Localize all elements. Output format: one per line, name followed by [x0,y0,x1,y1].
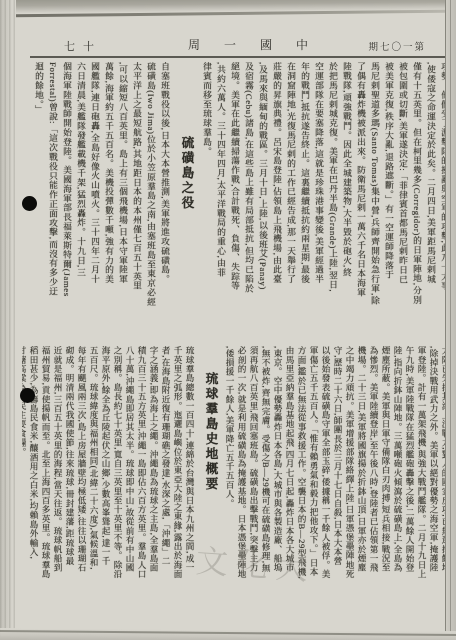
text-column: 守,歷時二十六日,師團長於三月十七日自殺,日本大本營 [332,346,344,630]
text-column: ,倭損援一千餘人,美軍降亡五千五百人。 [224,346,236,630]
text-column: 在洞窟陣地,光復馬尼剌的工作已經告成,那一天舉行了 [284,62,298,333]
text-column: 積九百三十五方英里,沖繩一島即佔六百方英里。羣島人口 [136,346,148,630]
text-column: 由馬里亞納羣島基地起飛,四月七日起,轟炸日本各大城市 [284,346,296,630]
page-number: 七十 [64,38,102,54]
text-column: 煙塵所蔽。美軍與日軍守備隊白刃肉搏,短兵相接,戰況至 [380,346,392,630]
section-title-ryukyu: 琉球羣島史地概要 [203,372,219,630]
text-column: Forrestal)曾說:「這次戰役只能作正面攻擊,而沒有多少迂 [46,62,60,333]
iwo-jima-battle-columns: 大隊已失掉其海上決戰力,對人的國家反攻,已無選擇餘地,除掉決戰用武力之外。美軍以… [224,346,452,630]
text-column: 五百尺。琉球緯度與福州相同(北緯二十六度),氣候溫和, [88,346,100,630]
text-column: 者,在海島附近復有珊瑚礁之發達,水深之處,「沖繩」二 [160,346,172,630]
text-column: 及宿霧(Cebu)諸島,在這些島上雖有局部抵抗,但均已陷於 [242,62,256,333]
text-column: 個海軍陸戰師開始登陸。美國海軍部長福萊斯特爾(James [60,62,74,333]
text-column: ,及馬來與緬甸的戰區。三月十日,上陸,以後班艾(Panay) [256,62,270,333]
top-text-block: 攻勢。他們受了游擊隊的擾亂與空軍的攻擊,此乃一大事,使倭寇之命運決定於此矣。二月… [34,62,452,333]
header-rule [30,56,452,58]
text-column: 自塞班戰役以後,日本大本營推測,美軍將進攻硫磺島。 [158,62,172,333]
text-column: 於把馬尼剌城克復。美軍在巴丹半島(Grande)上陸,翌日, [326,62,340,333]
text-column: 方面,鑑於已無法從事救援工作。空襲日本的B—29型飛機, [296,346,308,630]
philippines-article-columns: 攻勢。他們受了游擊隊的擾亂與空軍的攻擊,此乃一大事,使倭寇之命運決定於此矣。二月… [200,62,452,333]
text-column: 迴的餘地。」 [34,62,46,333]
text-column: 之別稱。島長約七十英里,寬自三英里至十英里不等。除沿 [112,346,124,630]
text-column: 馬尼剌聖道多瑪(Santo Tomas)集中營,兵師齊開始急行軍,除 [368,62,382,333]
text-column: 字之涵義,即為海上之繩。沖繩島為琉球之主島,全羣島面 [148,346,160,630]
text-column: 軍傷亡五千五百人。「惟有賴勇氣和毅力把他攻下。」日本 [308,346,320,630]
text-column: 陸戰隊,頑強戰鬥。因此全城建築物,大半毀於砲火,終 [340,62,354,333]
issue-number: 期七〇一第 [368,39,426,53]
text-column: 年的戰鬥,抵抗遂告終止。這裏繼續抵抗約兩星期,最後 [298,62,312,333]
text-column: 琉球羣島總數一百四十,連綿於台灣與日本九州之間,成一 [184,346,196,630]
text-column: 了偶有轟炸機被派出來。防衛馬尼剌一萬六千名日本海軍 [354,62,368,333]
scan-edge-left-binding [0,0,16,640]
text-column: 八十萬,沖繩島即居其太半。琉球即中山,故從前有中山國 [124,346,136,630]
text-column: 六日清晨,美艦隊發艦載機千架,猛烈轟炸。十九日,三 [74,62,88,333]
text-column: 之中竭力頑抗。美軍增援部隊絡繹上陸,日軍憑堡壘陣地死 [344,346,356,630]
section-title-iwo-jima: 硫磺島之役 [179,136,195,333]
text-column: 國艦隊,連日砲轟,全島好像火山噴火。三十四年二月十 [88,62,102,333]
text-column: 空運部隊在要塞降落,這就是珍珠港事變後,美軍經過半 [312,62,326,333]
text-column: 律賓而移至琉球羣島。 [200,62,214,333]
text-column: 福州貿易,貢使揚帆而至。北至上海四百多英里。琉球羣島 [40,346,52,630]
text-column: 僅有十五英里。但在柯里幾多(Corregidor)的日軍陣地,分別 [410,62,424,333]
text-column: 必剖的一次,就是利用硫磺島為掩護基地。日本憑堡壘陣地 [236,346,248,630]
text-column: 每年有颶風兩三次,島上房屋牆壁均極低矮,往往以珊瑚石 [76,346,88,630]
text-column: ,使倭寇之命運決定於此矣。二月四日,美軍距馬尼剌城 [424,62,438,333]
ryukyu-article-columns: 琉球羣島總數一百四十,連綿於台灣與日本九州之間,成一千英里之弧形。迤邐島嶼位於東… [22,346,196,630]
text-column: ,共約六萬人。三十四年四月,太平洋戰局的重心,由菲 [214,62,228,333]
text-column: ,可以縮短八百英里。島上有三個飛機場,日本守軍陸軍 [116,62,130,333]
text-column: 莊嚴的昇旗典禮。呂宋島登陸,佔領島上飛機場,由此臺 [270,62,284,333]
punch-hole-mark-bottom [20,388,35,403]
text-column: 太平洋上之最短航路,其地距日本的本州僅七百五十英里 [130,62,144,333]
text-column: 以後始發表硫磺島守軍全部玉碎,倭據稱一千餘人被俘。美 [320,346,332,630]
text-column: 萬餘,海軍約五千五百名。美機投彈數千噸,強有力的美 [102,62,116,333]
text-column: 硫磺島(Iwo Jima)位於小笠原羣島之南,由塞班島至東京必經 [144,62,158,333]
text-column: 絕境。美軍在此繼續掃蕩作戰,合計戰死、負傷、失踪等 [228,62,242,333]
scanned-magazine-page: 七十 周一國中 期七〇一第 攻勢。他們受了游擊隊的擾亂與空軍的攻擊,此乃一大事,… [0,0,456,640]
iwo-jima-article-columns: 自塞班戰役以後,日本大本營推測,美軍將進攻硫磺島。硫磺島(Iwo Jima)位於… [34,62,172,333]
text-column: ,除掉決戰用武力之外。美軍以絕對優勢之海空軍,掩護陸 [428,346,440,630]
text-column: 被美軍克復,秩序大亂,退路遮斷。」有一空運師降落于 [382,62,396,333]
scan-edge-right-line [450,0,451,640]
text-column: 機場。二十三日,美軍將國旗揚於折鉢山頂,日軍亦於煙塵 [356,346,368,630]
text-column: 砌成。明清兩代我國使節,往來琉球,冊封建藩,距琉球最 [64,346,76,630]
page-header: 七十 周一國中 期七〇一第 [30,36,452,56]
text-column: 軍登陸。計有一萬架飛機,與強大戰鬥艦隊。二月十九日上 [416,346,428,630]
text-column: 陸,指向折鉢山陣地。三萬噸砲火傾瀉於硫磺島上,全島為 [392,346,404,630]
text-column: 千英里之弧形。迤邐島嶼位於東亞大陸之東緣,露出於海面 [172,346,184,630]
text-column: ,無不被炸,齊無完膚。受傷之B—29機可在硫磺島修理,無 [260,346,272,630]
text-column: 近就是福州,三百五十英里的海程,當天往返。琉球帆船到 [52,346,64,630]
text-column: 海平原外,餘全為丘陵起伏之山鄉,少數高峯聳起,達一千 [100,346,112,630]
text-column: 須再航八百英里,飛回塞班島。硫磺島出擊戰鬥,突擊主力 [248,346,260,630]
punch-hole-mark-top [22,196,37,211]
bottom-text-block: 大隊已失掉其海上決戰力,對人的國家反攻,已無選擇餘地,除掉決戰用武力之外。美軍以… [22,346,452,630]
text-column: ,東京。空中優勢轟炸日本各島,大城市與各製造廠、船塢 [272,346,284,630]
text-column: 午九時,美軍陸戰隊在猛烈艦砲轟擊之後,二萬餘人開始登 [404,346,416,630]
text-column: 被包圍或切斷,美軍遂決定:「菲律賓首都馬尼剌昨日已 [396,62,410,333]
magazine-title: 周一國中 [188,36,332,53]
text-column: 為慘烈。美軍陸續登岸,至午後八時,登陸者已佔領第一飛 [368,346,380,630]
